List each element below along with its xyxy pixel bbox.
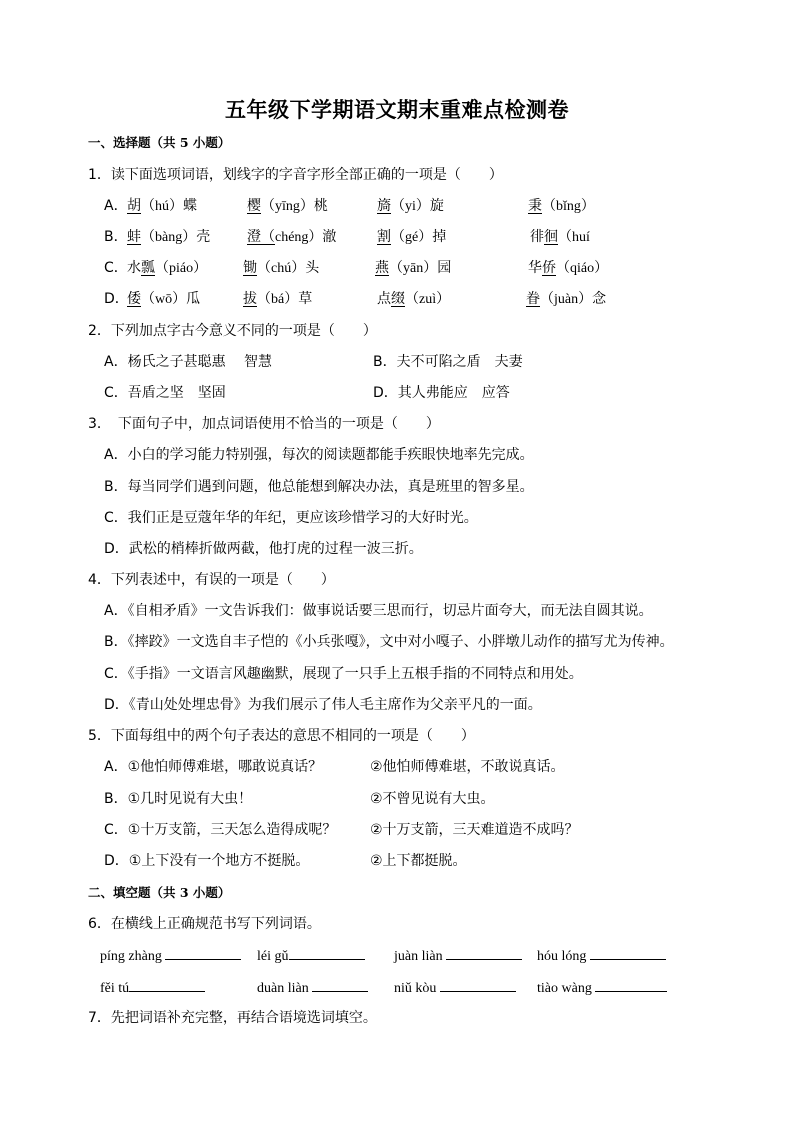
- q1-word: 锄（chú）头: [243, 259, 319, 278]
- question-5-stem: 5．下面每组中的两个句子表达的意思不相同的一项是（ ）: [88, 727, 475, 745]
- question-2-stem: 2．下列加点字古今意义不同的一项是（ ）: [88, 322, 377, 340]
- q5-option-d-right: ②上下都挺脱。: [370, 852, 467, 870]
- q1-word: 倭（wō）瓜: [127, 290, 200, 309]
- q1-option-label: A．: [104, 197, 128, 215]
- q1-word: 水瓢（piáo）: [127, 259, 207, 278]
- q1-word: 拔（bá）草: [243, 290, 312, 309]
- q3-option-d: D．武松的梢棒折做两截，他打虎的过程一波三折。: [104, 540, 423, 558]
- q5-option-c-right: ②十万支箭，三天难道造不成吗？: [370, 821, 579, 839]
- pinyin-item: fěi tú: [100, 978, 205, 998]
- q1-word: 徘徊（huí: [530, 228, 590, 247]
- q5-option-d-left: D．①上下没有一个地方不挺脱。: [104, 852, 309, 870]
- question-3-stem: 3． 下面句子中，加点词语使用不恰当的一项是（ ）: [88, 415, 440, 433]
- answer-blank[interactable]: [129, 978, 205, 992]
- q2-option-a: A．杨氏之子甚聪惠 智慧: [104, 353, 272, 371]
- section-heading-fill-blank: 二、填空题（共 3 小题）: [88, 884, 230, 902]
- section-heading-choice: 一、选择题（共 5 小题）: [88, 134, 230, 152]
- q1-word: 燕（yān）园: [375, 259, 451, 278]
- pinyin-item: tiào wàng: [537, 978, 667, 998]
- q1-option-label: D．: [104, 290, 129, 308]
- q1-word: 胡（hú）蝶: [127, 197, 197, 216]
- q1-word: 秉（bǐng）: [528, 197, 595, 216]
- q1-word: 割（gé）掉: [377, 228, 446, 247]
- pinyin-item: léi gǔ: [257, 946, 365, 966]
- q5-option-b-left: B．①几时见说有大虫！: [104, 790, 252, 808]
- q1-word: 澄（chéng）澈: [247, 228, 336, 247]
- answer-blank[interactable]: [312, 978, 368, 992]
- q2-option-c: C．吾盾之坚 坚固: [104, 384, 226, 402]
- q1-word: 眷（juàn）念: [526, 290, 606, 309]
- q5-option-a-left: A．①他怕师傅难堪，哪敢说真话？: [104, 758, 322, 776]
- q3-option-b: B．每当同学们遇到问题，他总能想到解决办法，真是班里的智多星。: [104, 478, 534, 496]
- answer-blank[interactable]: [446, 946, 522, 960]
- q5-option-a-right: ②他怕师傅难堪，不敢说真话。: [370, 758, 565, 776]
- q1-word: 点缀（zuì）: [377, 290, 450, 309]
- pinyin-item: niǔ kòu: [394, 978, 516, 998]
- q1-word: 华侨（qiáo）: [528, 259, 608, 278]
- q1-option-label: C．: [104, 259, 128, 277]
- answer-blank[interactable]: [595, 978, 667, 992]
- q1-word: 樱（yīng）桃: [247, 197, 328, 216]
- q2-option-d: D．其人弗能应 应答: [373, 384, 510, 402]
- pinyin-item: juàn liàn: [394, 946, 522, 966]
- pinyin-item: píng zhàng: [100, 946, 241, 966]
- question-1-stem: 1．读下面选项词语，划线字的字音字形全部正确的一项是（ ）: [88, 166, 503, 184]
- pinyin-item: duàn liàn: [257, 978, 368, 998]
- q5-option-c-left: C．①十万支箭，三天怎么造得成呢？: [104, 821, 336, 839]
- answer-blank[interactable]: [590, 946, 666, 960]
- answer-blank[interactable]: [289, 946, 365, 960]
- answer-blank[interactable]: [440, 978, 516, 992]
- pinyin-item: hóu lóng: [537, 946, 666, 966]
- question-4-stem: 4．下列表述中，有误的一项是（ ）: [88, 571, 335, 589]
- q1-word: 旖（yi）旋: [377, 197, 444, 216]
- q4-option-a: A．《自相矛盾》一文告诉我们：做事说话要三思而行，切忌片面夸大，而无法自圆其说。: [104, 602, 653, 620]
- page-title: 五年级下学期语文期末重难点检测卷: [0, 94, 794, 124]
- answer-blank[interactable]: [165, 946, 241, 960]
- q4-option-b: B．《摔跤》一文选自丰子恺的《小兵张嘎》，文中对小嘎子、小胖墩儿动作的描写尤为传…: [104, 633, 674, 651]
- q2-option-b: B．夫不可陷之盾 夫妻: [373, 353, 523, 371]
- q4-option-d: D．《青山处处埋忠骨》为我们展示了伟人毛主席作为父亲平凡的一面。: [104, 696, 542, 714]
- q5-option-b-right: ②不曾见说有大虫。: [370, 790, 495, 808]
- question-6-stem: 6．在横线上正确规范书写下列词语。: [88, 915, 321, 933]
- q1-word: 蚌（bàng）壳: [127, 228, 210, 247]
- question-7-stem: 7．先把词语补充完整，再结合语境选词填空。: [88, 1009, 377, 1027]
- q3-option-c: C．我们正是豆蔻年华的年纪，更应该珍惜学习的大好时光。: [104, 509, 478, 527]
- exam-page: 五年级下学期语文期末重难点检测卷 一、选择题（共 5 小题） 1．读下面选项词语…: [0, 0, 794, 1123]
- q3-option-a: A．小白的学习能力特别强，每次的阅读题都能手疾眼快地率先完成。: [104, 446, 534, 464]
- q4-option-c: C．《手指》一文语言风趣幽默，展现了一只手上五根手指的不同特点和用处。: [104, 665, 583, 683]
- q1-option-label: B．: [104, 228, 128, 246]
